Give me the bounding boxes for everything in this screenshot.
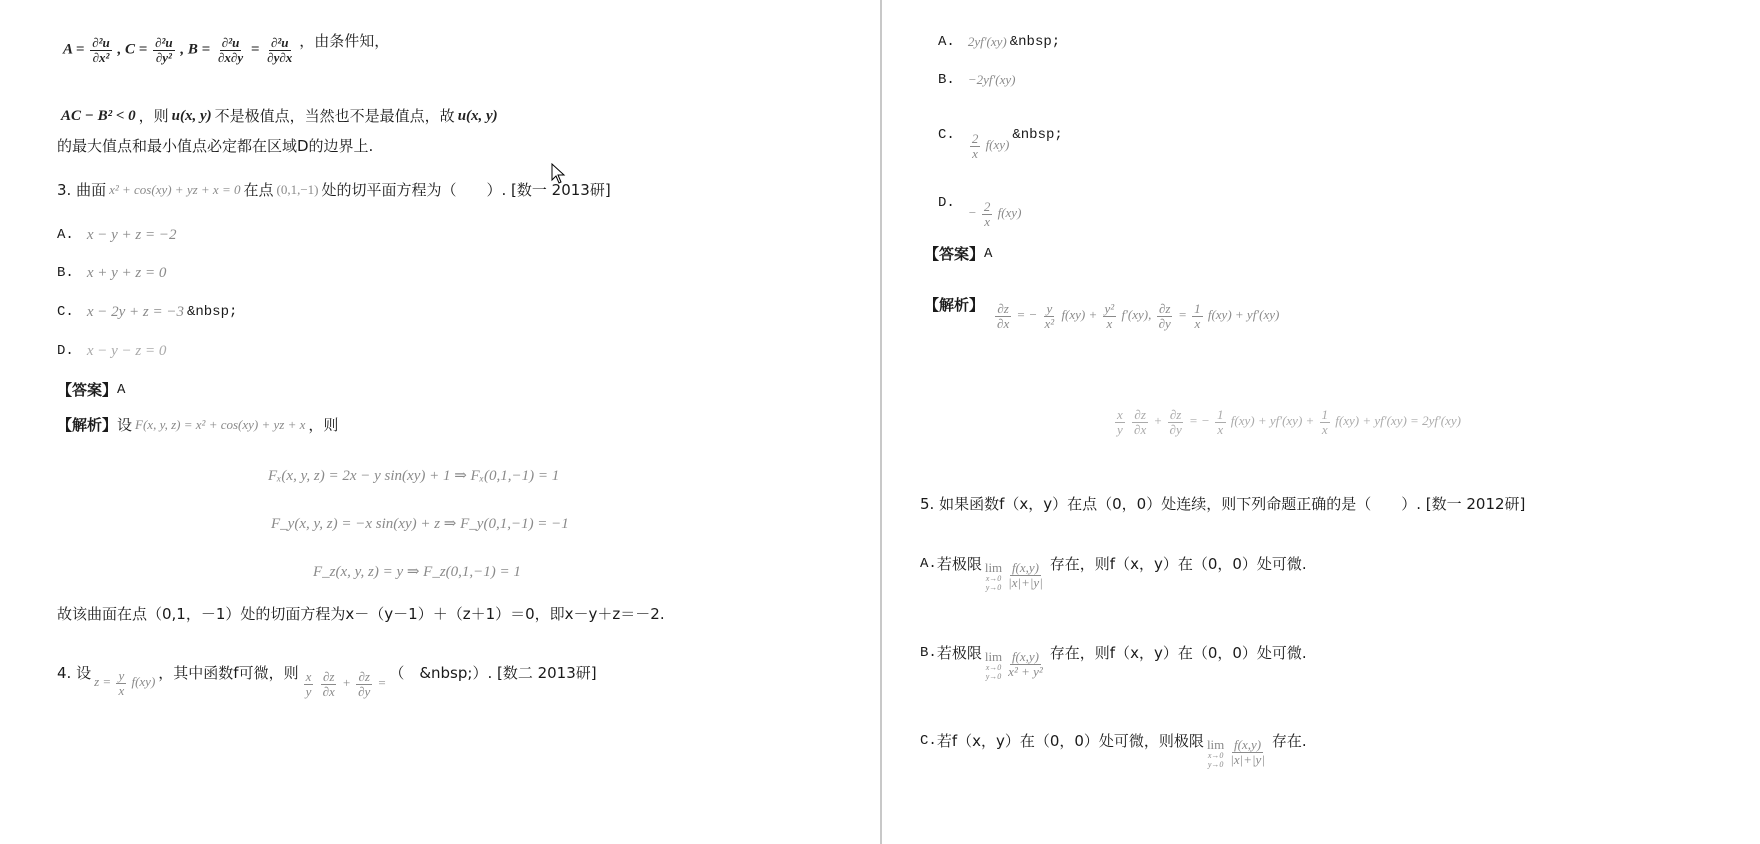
sub2-text: y→0 bbox=[986, 672, 1002, 681]
num-text: f(x,y) bbox=[1232, 738, 1263, 753]
A-num-text: ∂²u bbox=[90, 36, 112, 51]
math-fraction-part: ∂z∂x bbox=[995, 302, 1011, 330]
q5-option-b: B. 若极限 limx→0y→0 f(x,y)x² + y² 存在，则f（x，y… bbox=[920, 624, 1307, 681]
answer-value-text: A bbox=[984, 244, 992, 264]
math-fraction-part: 2x bbox=[970, 132, 981, 160]
sub1-text: x→0 bbox=[1208, 751, 1224, 760]
b-d-text: ∂x bbox=[1132, 423, 1148, 437]
q3-option-c: C. x − 2y + z = −3 &nbsp; bbox=[57, 302, 237, 322]
b-n-text: ∂z bbox=[1132, 408, 1147, 423]
analysis-prefix-text: 设 bbox=[117, 415, 132, 435]
extra-text: &nbsp; bbox=[1012, 125, 1062, 145]
e-d-text: x bbox=[1320, 423, 1330, 437]
label-text: B. bbox=[938, 70, 955, 90]
math-fraction-part: 1x bbox=[1192, 302, 1203, 330]
B-text: , B = bbox=[180, 42, 210, 58]
ac-b2-formula: AC − B² < 0 bbox=[58, 106, 139, 126]
surface-formula: x² + cos(xy) + yz + x = 0 bbox=[106, 180, 243, 200]
dzdy-d-text: ∂y bbox=[1157, 317, 1173, 331]
d-d-text: x bbox=[1215, 423, 1225, 437]
B-den-text: ∂x∂y bbox=[216, 51, 245, 65]
t3-d-text: x bbox=[1192, 317, 1202, 331]
t1-r-text: f(xy) + bbox=[1061, 307, 1097, 322]
math-fraction-part: xy bbox=[1115, 408, 1125, 436]
d1-text: y bbox=[304, 685, 314, 699]
c-n-text: ∂z bbox=[1168, 408, 1183, 423]
post-text: 存在，则f（x，y）在（0，0）处可微. bbox=[1050, 554, 1307, 574]
label-text: D. bbox=[57, 341, 74, 361]
mid-text: 在点 bbox=[243, 180, 273, 200]
cond-text-1-text: ，则 bbox=[139, 106, 169, 126]
prefix-text: 4. 设 bbox=[57, 663, 91, 683]
derivative-fy: F_y(x, y, z) = −x sin(xy) + z ⇒ F_y(0,1,… bbox=[268, 514, 572, 534]
den-text: x bbox=[970, 147, 980, 161]
A-den-text: ∂x² bbox=[91, 51, 112, 65]
math-fraction-part: ∂z∂y bbox=[1168, 408, 1184, 436]
math-fraction-part: ∂²u∂x∂y bbox=[216, 36, 245, 64]
sub2-text: y→0 bbox=[986, 583, 1002, 592]
q4-option-d: D. − 2x f(xy) bbox=[938, 178, 1024, 228]
dzdy-n-text: ∂z bbox=[1157, 302, 1172, 317]
q3-answer: 【答案】 A bbox=[57, 380, 125, 400]
q4-answer: 【答案】 A bbox=[924, 244, 992, 264]
den-text: x² + y² bbox=[1006, 665, 1045, 679]
1-text: F_y(x, y, z) = −x sin(xy) + z ⇒ F_y(0,1,… bbox=[268, 514, 572, 534]
u-xy-2-text: u(x, y) bbox=[455, 106, 501, 126]
plus-text: + bbox=[342, 675, 351, 690]
analysis-label-text: 【解析】 bbox=[924, 295, 984, 315]
2-text: F_z(x, y, z) = y ⇒ F_z(0,1,−1) = 1 bbox=[310, 562, 524, 582]
q3-analysis-intro: 【解析】 设 F(x, y, z) = x² + cos(xy) + yz + … bbox=[57, 415, 338, 435]
d-r-text: f(xy) + yf′(xy) + bbox=[1231, 413, 1315, 428]
C-text: , C = bbox=[118, 42, 148, 58]
math-fraction-part: f(x,y)|x|+|y| bbox=[1006, 561, 1045, 589]
eq1-text: = − bbox=[1016, 307, 1037, 322]
sub1-text: x→0 bbox=[986, 574, 1002, 583]
sign-text: − bbox=[968, 205, 977, 220]
C-num-text: ∂²u bbox=[153, 36, 175, 51]
d3-text: ∂y bbox=[356, 685, 372, 699]
num-text: f(x,y) bbox=[1010, 561, 1041, 576]
plus-text: + bbox=[1153, 413, 1162, 428]
right-page: A. 2yf′(xy) &nbsp; B. −2yf′(xy) C. 2x f(… bbox=[882, 0, 1760, 844]
z-definition: z = yx f(xy) bbox=[91, 669, 158, 697]
question-4-stem: 4. 设 z = yx f(xy) ，其中函数f可微，则 xy ∂z∂x + ∂… bbox=[57, 648, 597, 698]
derivative-fz: F_z(x, y, z) = y ⇒ F_z(0,1,−1) = 1 bbox=[310, 562, 524, 582]
suffix-text: 处的切平面方程为（ ）. [数一 2013研] bbox=[322, 180, 611, 200]
lim-text: lim bbox=[985, 650, 1002, 663]
label-text: A. bbox=[920, 554, 937, 574]
mid-text: ，其中函数f可微，则 bbox=[158, 663, 298, 683]
analysis-suffix-text: ，则 bbox=[308, 415, 338, 435]
e-r-text: f(xy) + yf′(xy) = 2yf′(xy) bbox=[1335, 413, 1461, 428]
q5-option-c: C. 若f（x，y）在（0，0）处可微，则极限 limx→0y→0 f(x,y)… bbox=[920, 712, 1307, 769]
B2-num-text: ∂²u bbox=[269, 36, 291, 51]
q3-option-b: B. x + y + z = 0 bbox=[57, 263, 169, 283]
den-text: |x|+|y| bbox=[1006, 576, 1045, 590]
rest-text: f(xy) bbox=[131, 674, 155, 689]
extra-text: &nbsp; bbox=[187, 302, 237, 322]
math-fraction-part: f(x,y)|x|+|y| bbox=[1228, 738, 1267, 766]
formula-a: A = ∂²u∂x² , C = ∂²u∂y² , B = ∂²u∂x∂y = … bbox=[60, 36, 299, 64]
math-fraction-part: ∂z∂x bbox=[321, 670, 337, 698]
pre-text: 若极限 bbox=[937, 643, 982, 663]
condition-line: AC − B² < 0 ，则 u(x, y) 不是极值点，当然也不是最值点，故 … bbox=[58, 106, 501, 126]
analysis-F-text: F(x, y, z) = x² + cos(xy) + yz + x bbox=[132, 415, 308, 435]
a-d-text: y bbox=[1115, 423, 1125, 437]
answer-value-text: A bbox=[117, 380, 125, 400]
lhs-text: z = bbox=[94, 674, 111, 689]
q5-option-a: A. 若极限 limx→0y→0 f(x,y)|x|+|y| 存在，则f（x，y… bbox=[920, 535, 1307, 592]
e-n-text: 1 bbox=[1320, 408, 1331, 423]
question-3-stem: 3. 曲面 x² + cos(xy) + yz + x = 0 在点 (0,1,… bbox=[57, 180, 611, 200]
0-text: Fₓ(x, y, z) = 2x − y sin(xy) + 1 ⇒ Fₓ(0,… bbox=[265, 466, 562, 486]
t3-n-text: 1 bbox=[1192, 302, 1203, 317]
q3-tangent-plane-conclusion: 故该曲面在点（0,1，－1）处的切面方程为x－（y－1）＋（z＋1）＝0，即x－… bbox=[57, 604, 665, 624]
derivative-fx: Fₓ(x, y, z) = 2x − y sin(xy) + 1 ⇒ Fₓ(0,… bbox=[265, 466, 562, 486]
formula-text: −2yf′(xy) bbox=[965, 70, 1019, 90]
left-page: A = ∂²u∂x² , C = ∂²u∂y² , B = ∂²u∂x∂y = … bbox=[0, 0, 880, 844]
rest-text: f(xy) bbox=[986, 137, 1010, 152]
math-fraction-part: xy bbox=[304, 670, 314, 698]
B2-den-text: ∂y∂x bbox=[265, 51, 294, 65]
eq-text: = bbox=[251, 42, 260, 58]
dzdx-n-text: ∂z bbox=[995, 302, 1010, 317]
q4-option-b: B. −2yf′(xy) bbox=[938, 70, 1019, 90]
cond-text-2-text: 不是极值点，当然也不是最值点，故 bbox=[215, 106, 455, 126]
num-text: 2 bbox=[982, 200, 993, 215]
extra-text: &nbsp; bbox=[1010, 32, 1060, 52]
t1-n-text: y bbox=[1044, 302, 1054, 317]
conclusion-text: 故该曲面在点（0,1，－1）处的切面方程为x－（y－1）＋（z＋1）＝0，即x－… bbox=[57, 604, 665, 624]
eq-text: = − bbox=[1189, 413, 1210, 428]
formula-text: x − y + z = −2 bbox=[84, 225, 180, 245]
sub2-text: y→0 bbox=[1208, 760, 1224, 769]
label-text: C. bbox=[920, 731, 937, 751]
n1-text: x bbox=[304, 670, 314, 685]
num-text: y bbox=[116, 669, 126, 684]
math-fraction-part: limx→0y→0 bbox=[985, 561, 1002, 592]
boundary-conclusion: 的最大值点和最小值点必定都在区域D的边界上. bbox=[57, 136, 373, 156]
suffix-text: （ &nbsp;）. [数二 2013研] bbox=[389, 663, 596, 683]
q4-analysis-line2: xy ∂z∂x + ∂z∂y = − 1x f(xy) + yf′(xy) + … bbox=[1110, 408, 1464, 436]
n3-text: ∂z bbox=[356, 670, 371, 685]
num-text: f(x,y) bbox=[1010, 650, 1041, 665]
math-fraction-part: yx bbox=[116, 669, 126, 697]
pre-text: 若极限 bbox=[937, 554, 982, 574]
mouse-cursor-icon bbox=[551, 163, 567, 185]
formula-text: x − y − z = 0 bbox=[84, 341, 170, 361]
math-fraction-part: ∂z∂x bbox=[1132, 408, 1148, 436]
formula-text: x + y + z = 0 bbox=[84, 263, 170, 283]
lim-text: lim bbox=[1207, 738, 1224, 751]
math-fraction-part: ∂z∂y bbox=[1157, 302, 1173, 330]
u-xy-text: u(x, y) bbox=[169, 106, 215, 126]
label-text: B. bbox=[920, 643, 937, 663]
B-num-text: ∂²u bbox=[220, 36, 242, 51]
math-fraction-part: ∂z∂y bbox=[356, 670, 372, 698]
lim-text: lim bbox=[985, 561, 1002, 574]
prefix-text: 3. 曲面 bbox=[57, 180, 106, 200]
intro-condition-text: ，由条件知， bbox=[299, 31, 389, 51]
label-text: D. bbox=[938, 193, 955, 213]
math-fraction-part: limx→0y→0 bbox=[1207, 738, 1224, 769]
dzdx-d-text: ∂x bbox=[995, 317, 1011, 331]
A-text: A = bbox=[63, 42, 84, 58]
answer-label-text: 【答案】 bbox=[924, 244, 984, 264]
analysis-label-text: 【解析】 bbox=[57, 415, 117, 435]
label-text: A. bbox=[938, 32, 955, 52]
q4-analysis-line1: 【解析】 ∂z∂x = − yx² f(xy) + y²x f′(xy), ∂z… bbox=[924, 280, 1282, 330]
t2-n-text: y² bbox=[1103, 302, 1117, 317]
point-formula: (0,1,−1) bbox=[274, 180, 322, 200]
label-text: B. bbox=[57, 263, 74, 283]
den-text: x bbox=[982, 215, 992, 229]
formula-text: 2yf′(xy) bbox=[965, 32, 1010, 52]
abc-definition-line: A = ∂²u∂x² , C = ∂²u∂y² , B = ∂²u∂x∂y = … bbox=[60, 36, 389, 64]
math-fraction-part: 1x bbox=[1320, 408, 1331, 436]
d2-text: ∂x bbox=[321, 685, 337, 699]
t3-r-text: f(xy) + yf′(xy) bbox=[1208, 307, 1280, 322]
math-fraction-part: 1x bbox=[1215, 408, 1226, 436]
eq2-text: = bbox=[1178, 307, 1187, 322]
math-fraction-part: ∂²u∂x² bbox=[90, 36, 112, 64]
post-text: 存在. bbox=[1272, 731, 1307, 751]
math-fraction-part: 2x bbox=[982, 200, 993, 228]
answer-label-text: 【答案】 bbox=[57, 380, 117, 400]
q3-option-a: A. x − y + z = −2 bbox=[57, 225, 179, 245]
den-text: x bbox=[116, 684, 126, 698]
formula-text: x − 2y + z = −3 bbox=[84, 302, 187, 322]
t2-d-text: x bbox=[1104, 317, 1114, 331]
math-fraction-part: ∂²u∂y² bbox=[153, 36, 175, 64]
sub1-text: x→0 bbox=[986, 663, 1002, 672]
stem-text: 5. 如果函数f（x，y）在点（0，0）处连续，则下列命题正确的是（ ）. [数… bbox=[920, 494, 1525, 514]
label-text: A. bbox=[57, 225, 74, 245]
math-fraction-part: y²x bbox=[1103, 302, 1117, 330]
question-5-stem: 5. 如果函数f（x，y）在点（0，0）处连续，则下列命题正确的是（ ）. [数… bbox=[920, 494, 1525, 514]
math-fraction-part: f(x,y)x² + y² bbox=[1006, 650, 1045, 678]
t1-d-text: x² bbox=[1043, 317, 1057, 331]
math-fraction-part: limx→0y→0 bbox=[985, 650, 1002, 681]
q3-option-d: D. x − y − z = 0 bbox=[57, 341, 169, 361]
n2-text: ∂z bbox=[321, 670, 336, 685]
d-n-text: 1 bbox=[1215, 408, 1226, 423]
q4-expression: xy ∂z∂x + ∂z∂y = bbox=[299, 670, 390, 698]
q4-option-c: C. 2x f(xy) &nbsp; bbox=[938, 110, 1063, 160]
pre-text: 若f（x，y）在（0，0）处可微，则极限 bbox=[937, 731, 1204, 751]
eq-text: = bbox=[378, 675, 387, 690]
post-text: 存在，则f（x，y）在（0，0）处可微. bbox=[1050, 643, 1307, 663]
math-fraction-part: ∂²u∂y∂x bbox=[265, 36, 294, 64]
den-text: |x|+|y| bbox=[1228, 753, 1267, 767]
a-n-text: x bbox=[1115, 408, 1125, 423]
num-text: 2 bbox=[970, 132, 981, 147]
label-text: C. bbox=[57, 302, 74, 322]
rest-text: f(xy) bbox=[998, 205, 1022, 220]
math-fraction-part: yx² bbox=[1043, 302, 1057, 330]
q4-option-a: A. 2yf′(xy) &nbsp; bbox=[938, 32, 1060, 52]
t2-r-text: f′(xy), bbox=[1121, 307, 1151, 322]
c-d-text: ∂y bbox=[1168, 423, 1184, 437]
label-text: C. bbox=[938, 125, 955, 145]
C-den-text: ∂y² bbox=[154, 51, 174, 65]
